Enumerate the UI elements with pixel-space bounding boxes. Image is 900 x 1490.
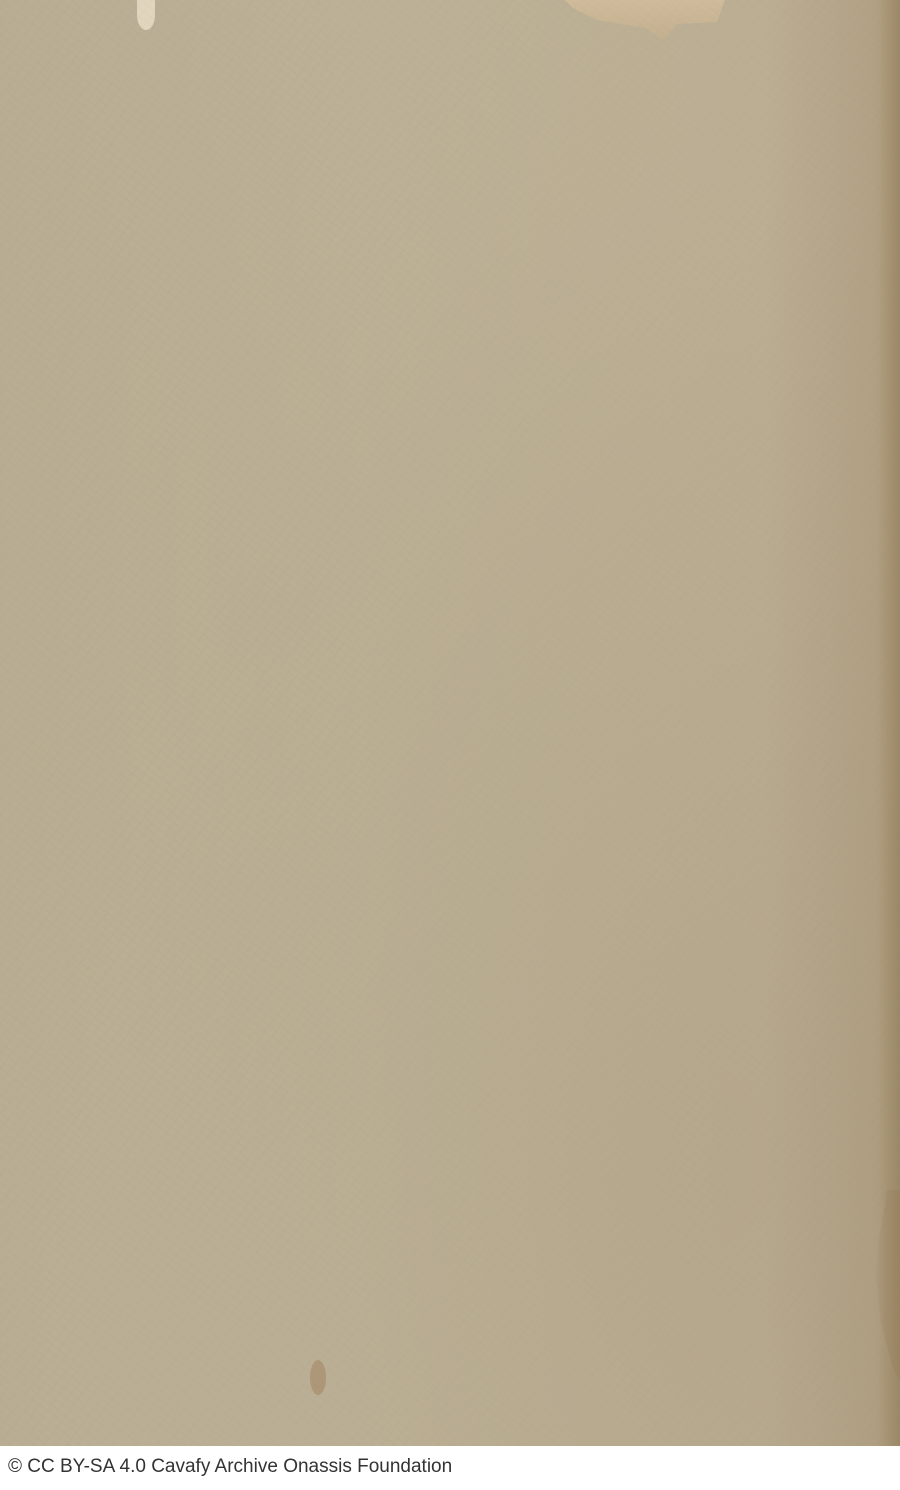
copyright-credit: © CC BY-SA 4.0 Cavafy Archive Onassis Fo… (8, 1456, 452, 1478)
paper-stain (310, 1360, 326, 1395)
page-edge-shadow (878, 0, 900, 1446)
paper-damage-top-right (565, 0, 725, 40)
paper-edge-tear (868, 1190, 900, 1380)
scanned-page (0, 0, 900, 1446)
paper-damage-top-left (137, 0, 155, 30)
